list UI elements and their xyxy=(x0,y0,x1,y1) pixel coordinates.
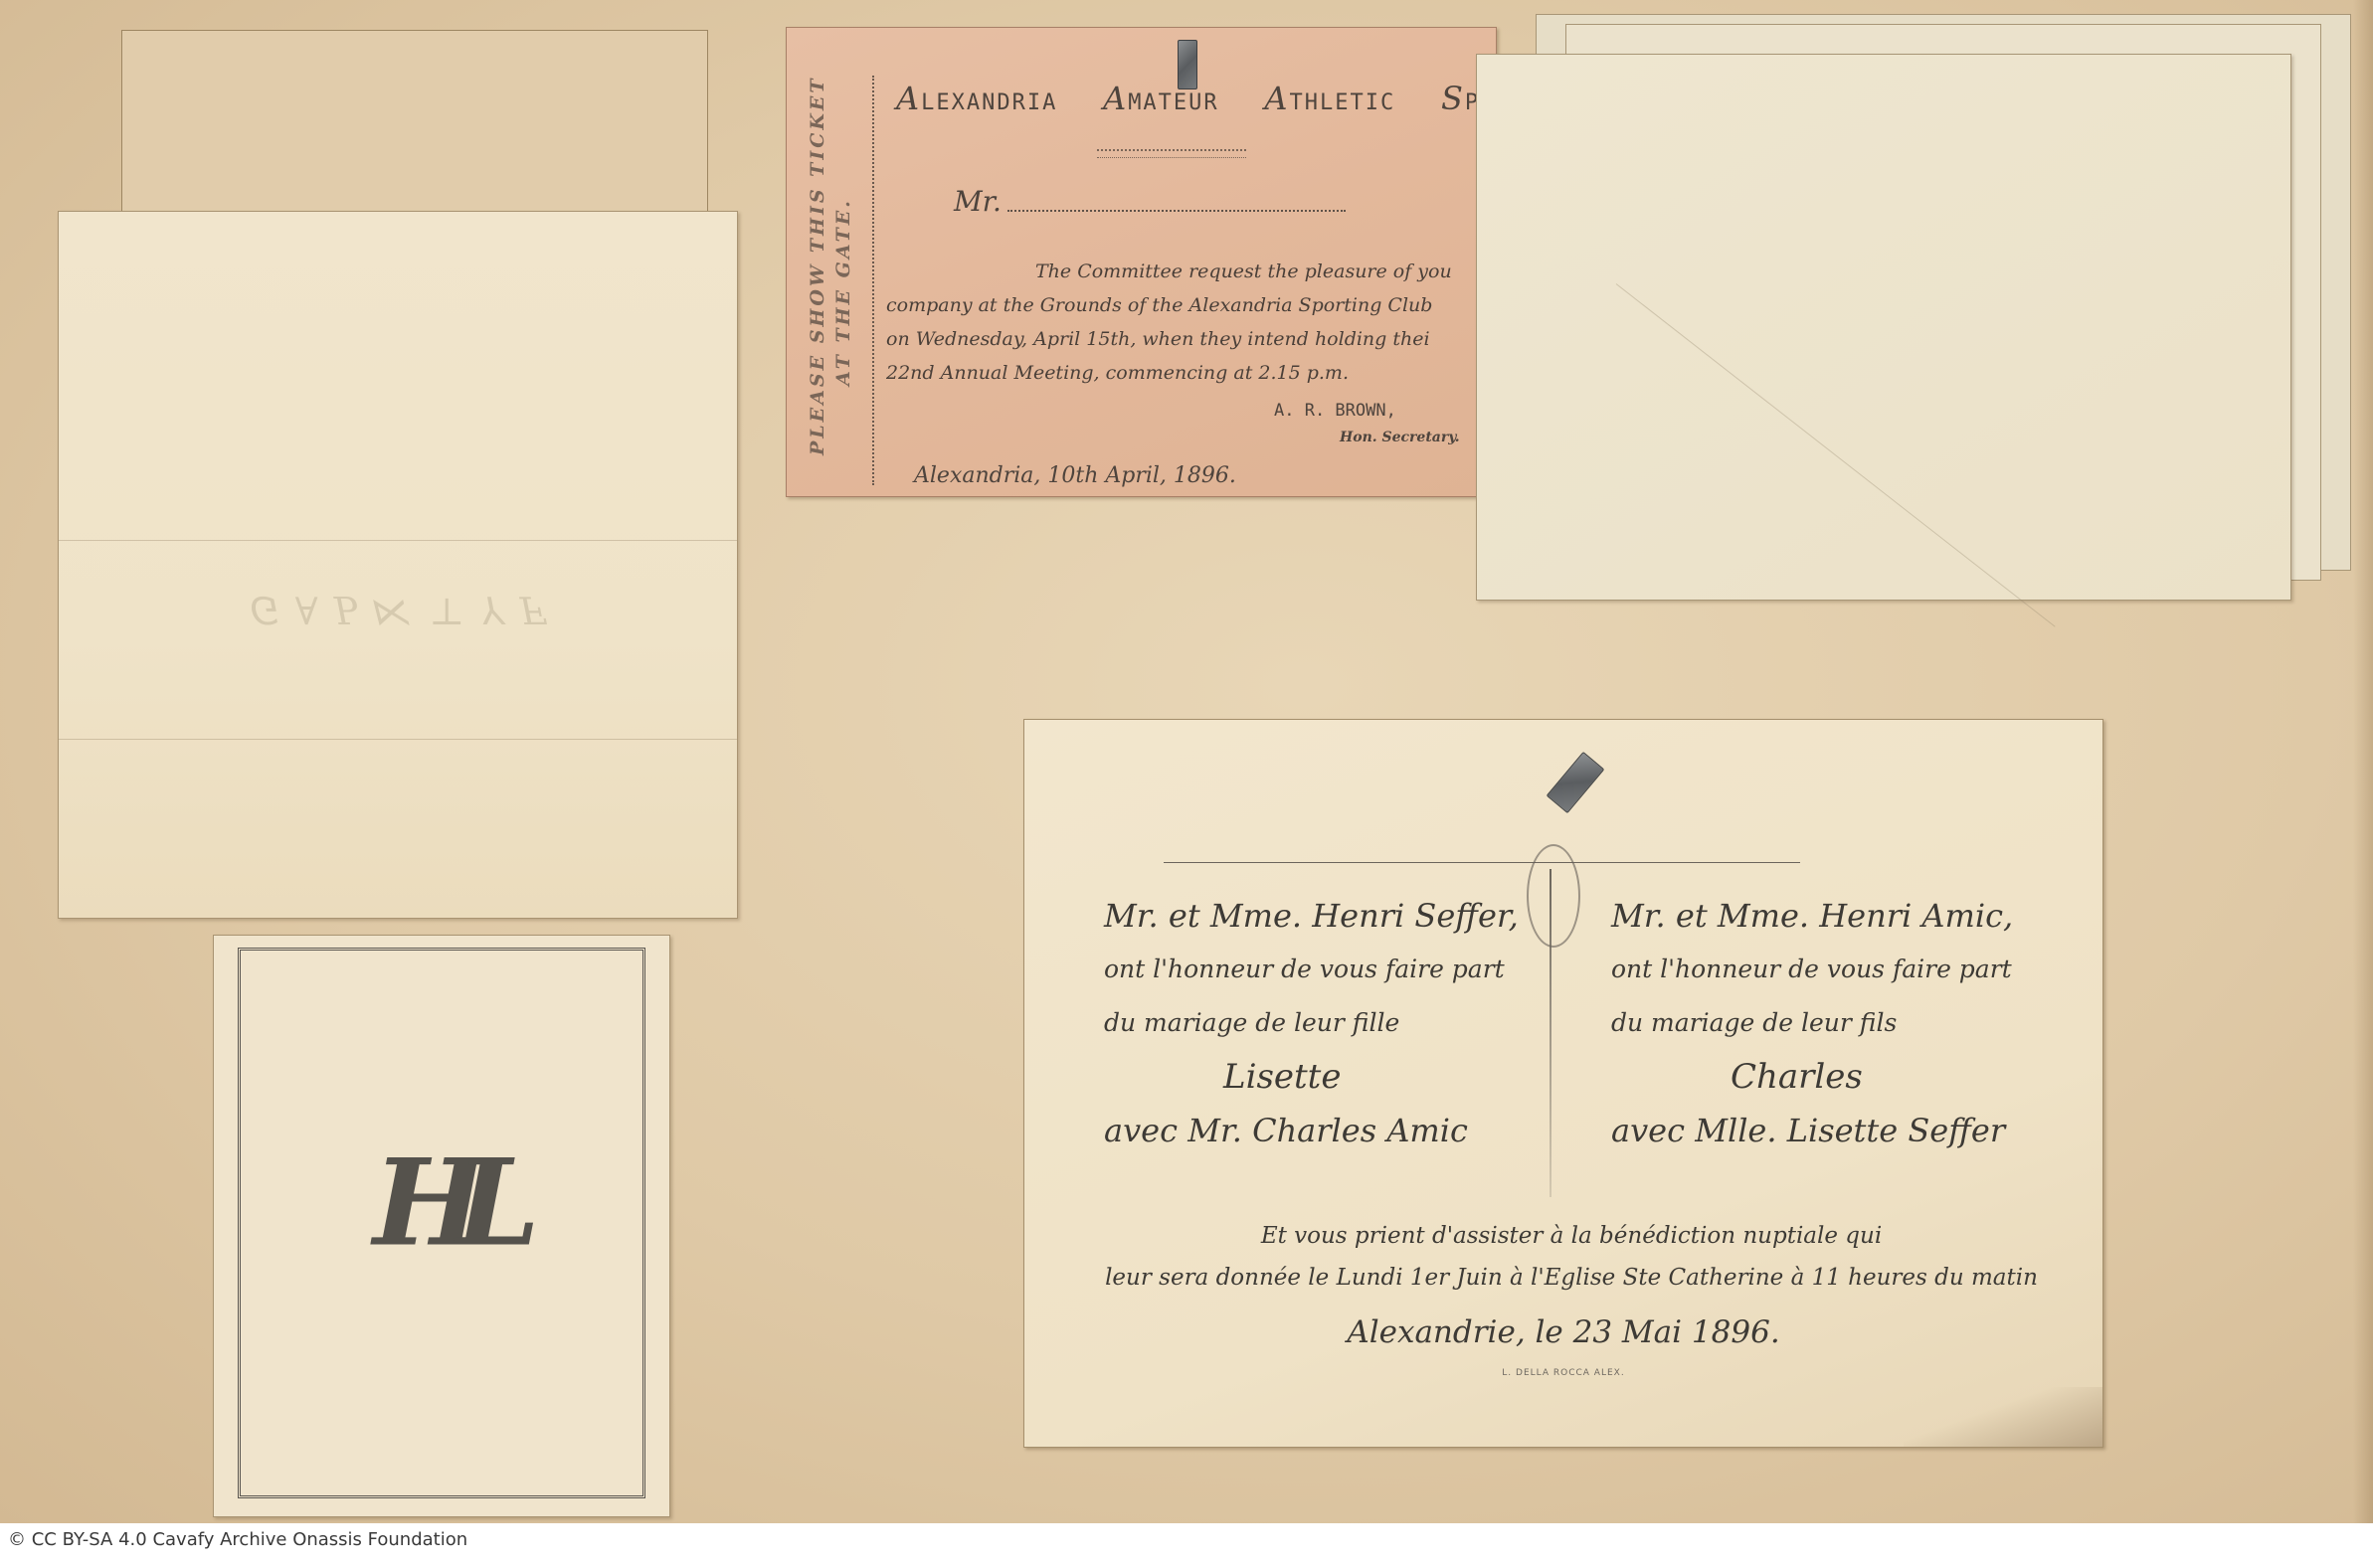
announcement-line: ont l'honneur de vous faire part xyxy=(1611,943,2049,996)
wedding-announcement-card: Mr. et Mme. Henri Seffer, ont l'honneur … xyxy=(1023,719,2103,1448)
body-line: company at the Grounds of the Alexandria… xyxy=(886,288,1513,322)
addressee-blank xyxy=(1007,210,1346,212)
title-word: THLETIC xyxy=(1290,90,1396,115)
title-word: LEXANDRIA xyxy=(921,90,1057,115)
addressee-label: Mr. xyxy=(954,185,1002,218)
body-line: The Committee request the pleasure of yo… xyxy=(886,255,1513,288)
title-initial: S xyxy=(1441,80,1465,117)
announcement-line: du mariage de leur fils xyxy=(1611,996,2049,1050)
ticket-date: Alexandria, 10th April, 1896. xyxy=(914,463,1236,488)
ceremony-line: Et vous prient d'assister à la bénédicti… xyxy=(1084,1215,2059,1257)
printer-imprint: L. DELLA ROCCA ALEX. xyxy=(1024,1368,2102,1378)
signatory: A. R. BROWN, xyxy=(1274,401,1396,421)
title-initial: A xyxy=(1103,80,1128,117)
groom-line: avec Mr. Charles Amic xyxy=(1104,1104,1542,1157)
ceremony-line: leur sera donnée le Lundi 1er Juin à l'E… xyxy=(1084,1257,2059,1299)
ticket-stub: PLEASE SHOW THIS TICKET AT THE GATE. xyxy=(801,87,856,465)
title-word: MATEUR xyxy=(1128,90,1218,115)
sports-ticket: PLEASE SHOW THIS TICKET AT THE GATE. ALE… xyxy=(786,27,1497,497)
copyright-credit: © CC BY-SA 4.0 Cavafy Archive Onassis Fo… xyxy=(8,1529,467,1550)
announcement-line: du mariage de leur fille xyxy=(1104,996,1542,1050)
ornament-rule xyxy=(1164,862,1800,863)
body-line: 22nd Annual Meeting, commencing at 2.15 … xyxy=(886,356,1513,390)
bride-line: avec Mlle. Lisette Seffer xyxy=(1611,1104,2049,1157)
bride-name: Lisette xyxy=(1104,1050,1542,1104)
folded-letter: Ⅎ ⅄ ⊥ ⋊ ꟼ ∀ ⅁ xyxy=(58,211,738,919)
parents-names: Mr. et Mme. Henri Seffer, xyxy=(1104,889,1542,943)
ticket-title: ALEXANDRIA AMATEUR ATHLETIC SPORT xyxy=(896,80,1526,117)
ticket-body: The Committee request the pleasure of yo… xyxy=(886,255,1513,390)
paper-layer-front xyxy=(1476,54,2291,601)
fold-line xyxy=(59,540,737,541)
bride-family-column: Mr. et Mme. Henri Seffer, ont l'honneur … xyxy=(1104,889,1542,1157)
announcement-line: ont l'honneur de vous faire part xyxy=(1104,943,1542,996)
fold-line xyxy=(59,739,737,740)
ceremony-invitation: Et vous prient d'assister à la bénédicti… xyxy=(1084,1215,2059,1299)
decorative-rule xyxy=(1097,149,1246,158)
monogram-card: HL xyxy=(213,935,670,1517)
title-initial: A xyxy=(1264,80,1289,117)
body-line: on Wednesday, April 15th, when they inte… xyxy=(886,322,1513,356)
stub-line-2: AT THE GATE. xyxy=(832,198,854,386)
title-initial: A xyxy=(896,80,921,117)
ornament-stem xyxy=(1550,869,1552,1197)
wedding-date: Alexandrie, le 23 Mai 1896. xyxy=(1024,1314,2102,1350)
folded-papers xyxy=(1466,14,2341,601)
signatory-role: Hon. Secretary. xyxy=(1340,430,1460,445)
scrapbook-page: Ⅎ ⅄ ⊥ ⋊ ꟼ ∀ ⅁ HL PLEASE SHOW THIS TICKET… xyxy=(0,0,2373,1523)
stub-line-1: PLEASE SHOW THIS TICKET xyxy=(807,77,828,455)
monogram-icon: HL xyxy=(373,1132,510,1273)
parents-names: Mr. et Mme. Henri Amic, xyxy=(1611,889,2049,943)
bleed-through-handwriting: Ⅎ ⅄ ⊥ ⋊ ꟼ ∀ ⅁ xyxy=(89,590,705,633)
metal-clip-icon xyxy=(1178,40,1197,89)
groom-family-column: Mr. et Mme. Henri Amic, ont l'honneur de… xyxy=(1611,889,2049,1157)
perforation-line xyxy=(872,76,880,485)
groom-name: Charles xyxy=(1611,1050,2049,1104)
fold-crease xyxy=(1616,283,2056,627)
